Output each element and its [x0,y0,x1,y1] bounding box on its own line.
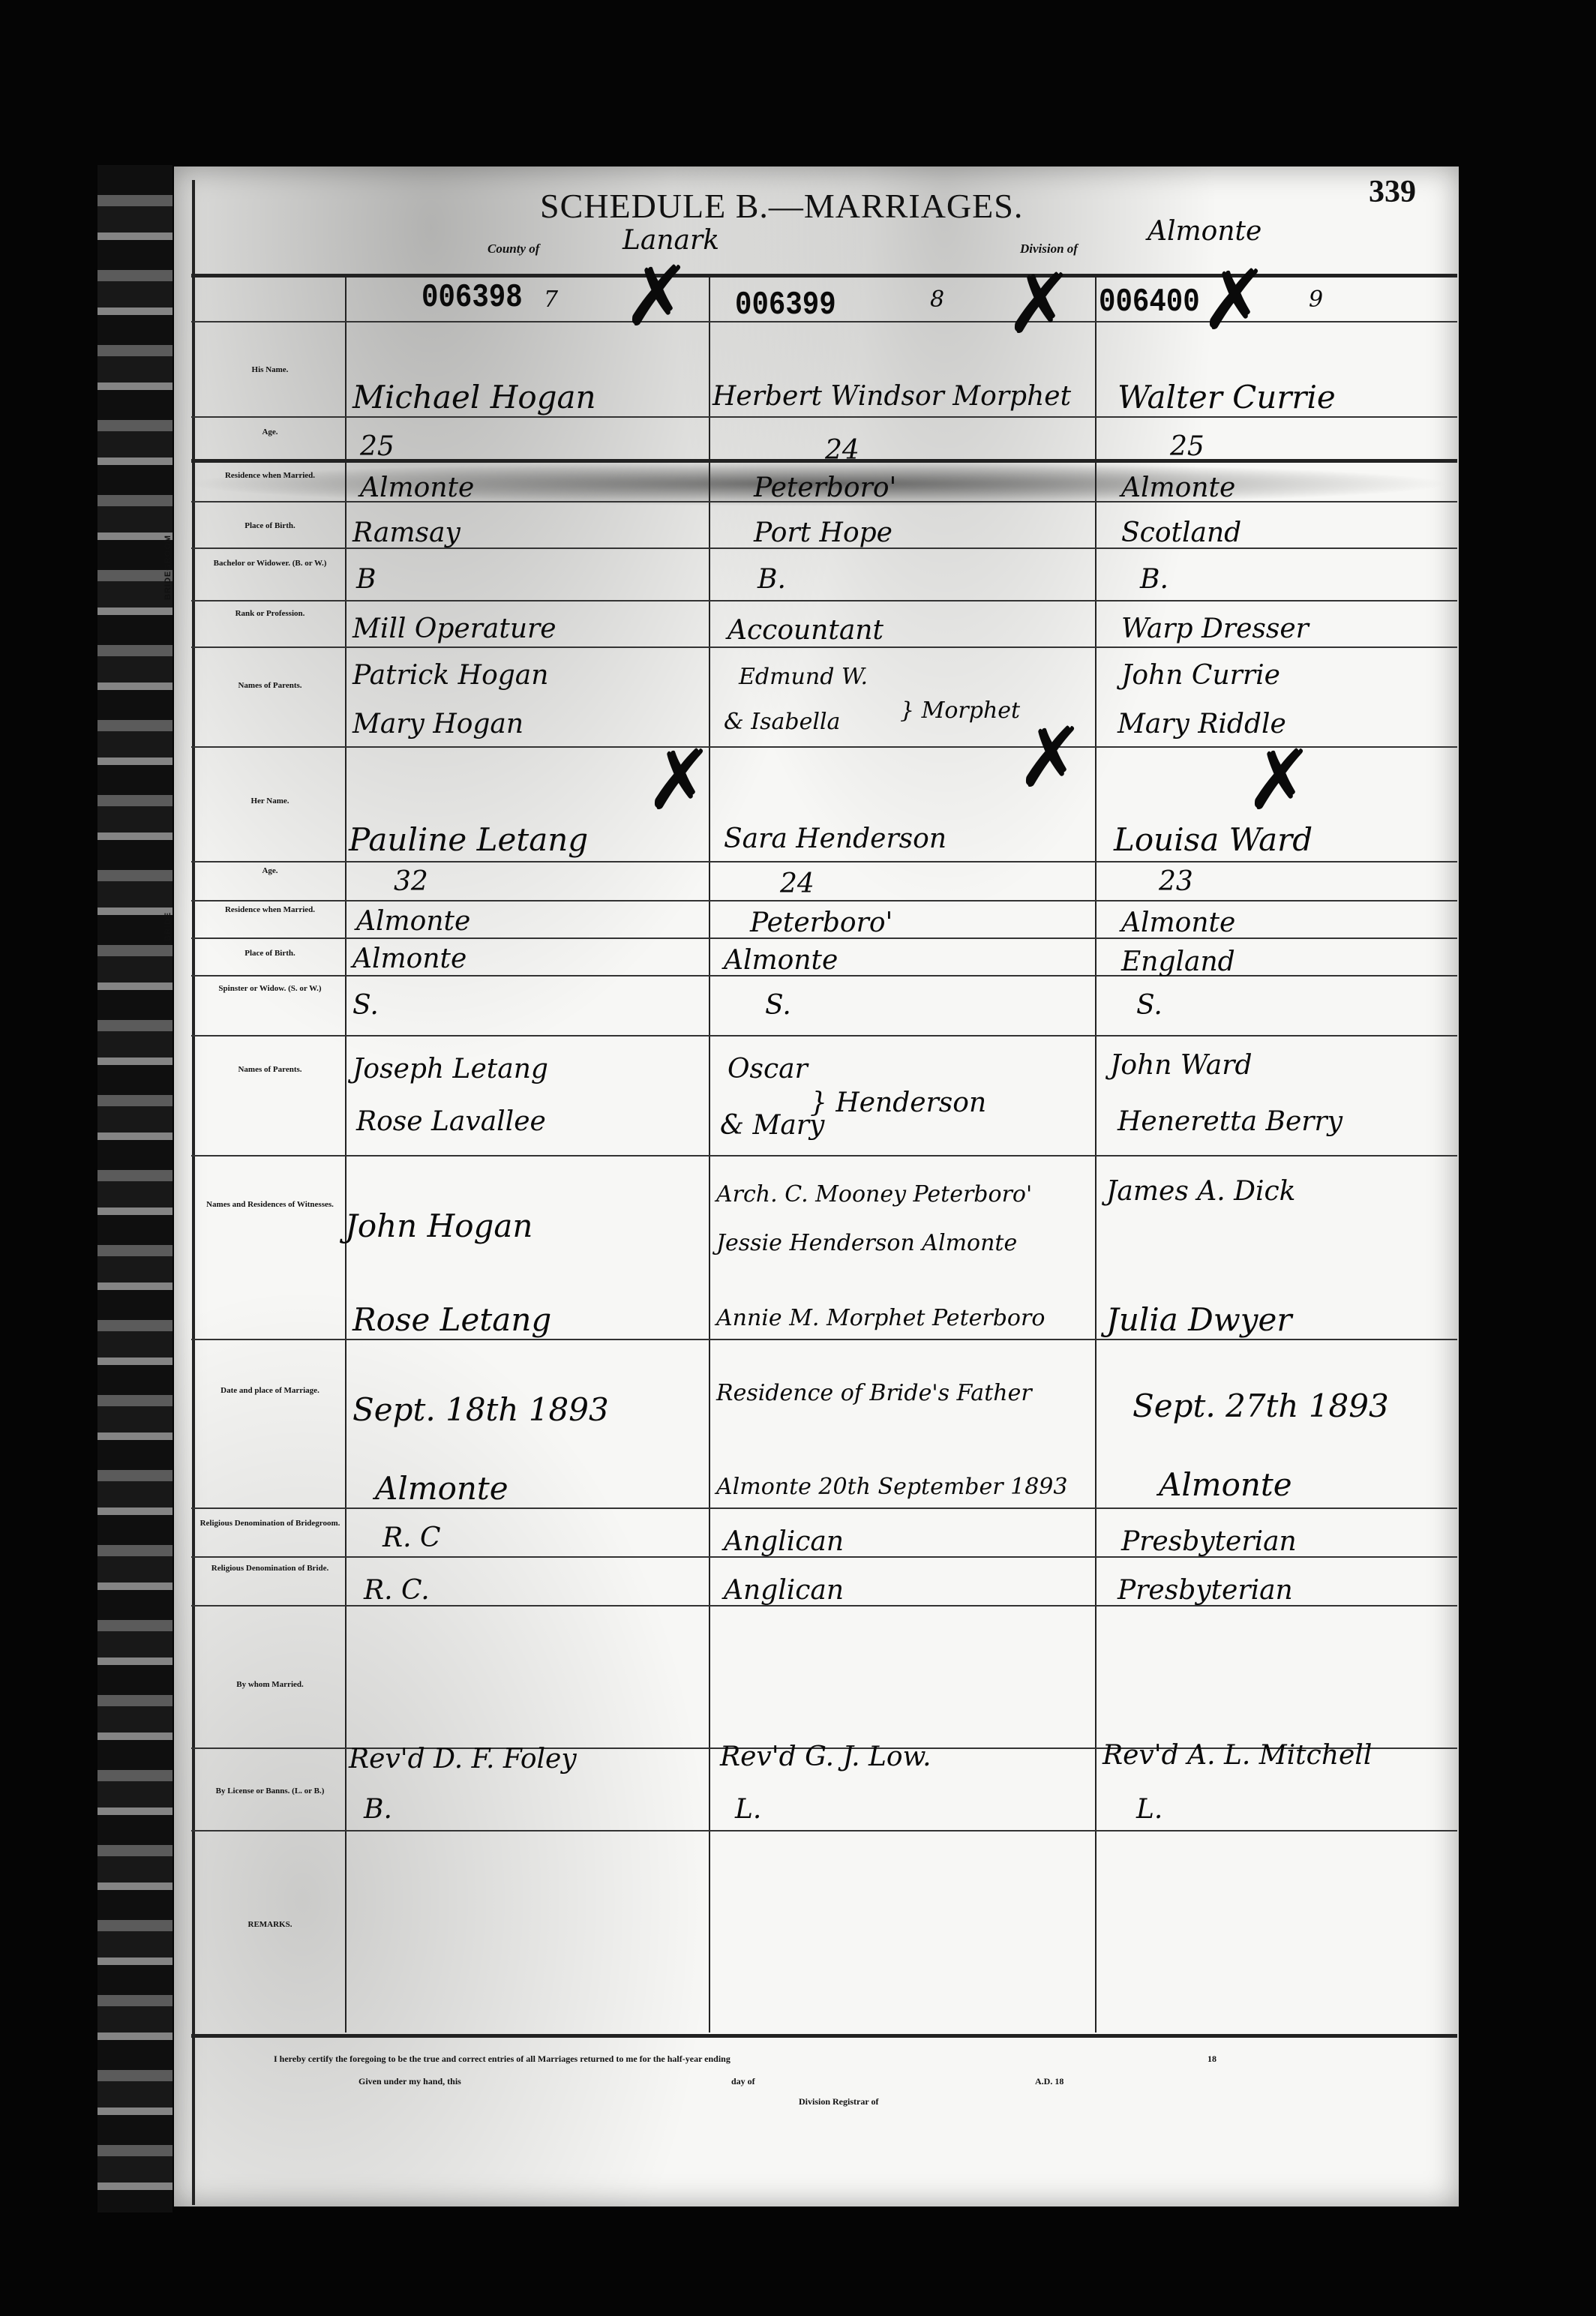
entry-number: 7 [544,286,558,313]
page-number: 339 [1369,174,1416,210]
groom-birthplace: Scotland [1121,517,1241,548]
bride-residence: Almonte [356,906,470,937]
row-rule [191,416,1457,418]
groom-status: B [356,564,376,595]
column-divider-2 [1095,274,1096,2032]
bride-birthplace: Almonte [352,943,466,974]
registration-number: 006400 [1099,283,1200,321]
left-border [192,180,195,2205]
bride-name: Sara Henderson [724,823,946,854]
check-x-mark: ✗ [645,739,714,821]
division-registrar: Division Registrar of [799,2096,878,2107]
check-x-mark: ✗ [1016,716,1085,799]
row-rule [191,861,1457,862]
bride-religion: R. C. [364,1575,430,1606]
label-bride-status: Spinster or Widow. (S. or W.) [196,984,343,993]
label-groom-status: Bachelor or Widower. (B. or W.) [196,559,343,568]
groom-father: John Currie [1121,660,1280,691]
label-his-name: His Name. [196,365,343,374]
check-x-mark: ✗ [1245,739,1314,821]
label-bride-parents: Names of Parents. [196,1065,343,1074]
license-or-banns: L. [1136,1794,1162,1825]
bride-birthplace: Almonte [724,945,838,976]
bride-father: John Ward [1110,1050,1252,1081]
label-bride-birthplace: Place of Birth. [196,949,343,958]
groom-residence: Almonte [360,472,474,503]
marriage-place-detail: Residence of Bride's Father [716,1380,1032,1406]
label-groom-religion: Religious Denomination of Bridegroom. [196,1519,343,1528]
label-groom-birthplace: Place of Birth. [196,521,343,530]
ad-year: A.D. 18 [1035,2076,1063,2087]
bride-father: Joseph Letang [352,1054,548,1084]
witness-3: Annie M. Morphet Peterboro [716,1305,1045,1331]
groom-mother: Mary Hogan [352,709,523,739]
bride-age: 24 [780,868,814,899]
marriage-place: Almonte [1159,1466,1292,1503]
label-by-whom: By whom Married. [196,1680,343,1689]
certification-text: I hereby certify the foregoing to be the… [274,2053,730,2065]
row-rule [191,1035,1457,1036]
marriage-date: Almonte 20th September 1893 [716,1474,1067,1500]
officiant: Rev'd G. J. Low. [720,1741,931,1772]
groom-profession: Accountant [727,615,883,646]
day-of: day of [731,2076,755,2087]
groom-religion: R. C [382,1522,441,1553]
row-rule [191,600,1457,601]
label-remarks: REMARKS. [196,1920,343,1929]
check-x-mark: ✗ [622,255,691,337]
marriage-date: Sept. 18th 1893 [352,1391,609,1428]
groom-birthplace: Ramsay [352,517,460,548]
groom-age: 24 [825,435,859,466]
label-bride-residence: Residence when Married. [196,905,343,914]
bride-residence: Peterboro' [750,907,892,938]
officiant: Rev'd D. F. Foley [349,1744,577,1774]
division-label: Division of [1020,241,1078,256]
witness-2: Rose Letang [352,1301,551,1338]
registration-number: 006399 [735,286,836,324]
groom-status: B. [1140,564,1168,595]
given-under-hand: Given under my hand, this [358,2076,461,2087]
label-bride-religion: Religious Denomination of Bride. [196,1564,343,1573]
bride-mother: Heneretta Berry [1117,1106,1342,1137]
row-rule [191,1339,1457,1340]
witness-1: Arch. C. Mooney Peterboro' [716,1181,1032,1207]
row-rule [191,1507,1457,1509]
row-rule [191,1155,1457,1156]
certification-year: 18 [1207,2053,1216,2065]
entry-number: 8 [930,286,944,313]
groom-parents-surname: } Morphet [900,697,1020,724]
bride-age: 23 [1159,866,1193,897]
column-divider-1 [709,274,710,2032]
page-title: SCHEDULE B.—MARRIAGES. [540,186,1023,226]
bride-age: 32 [394,866,428,897]
bride-religion: Presbyterian [1117,1575,1293,1606]
marriage-place: Almonte [375,1470,508,1507]
groom-profession: Warp Dresser [1121,613,1309,644]
marriage-date: Sept. 27th 1893 [1132,1387,1389,1424]
registration-number: 006398 [421,279,523,316]
side-label-bridegroom: BRIDEGROOM [163,535,172,600]
county-label: County of [487,241,539,256]
groom-profession: Mill Operature [352,613,556,644]
label-her-name: Her Name. [196,796,343,805]
label-witnesses: Names and Residences of Witnesses. [196,1200,343,1209]
groom-status: B. [757,564,786,595]
groom-residence: Peterboro' [754,472,896,503]
groom-name: Herbert Windsor Morphet [712,381,1071,412]
label-license-banns: By License or Banns. (L. or B.) [196,1786,343,1795]
groom-age: 25 [1170,431,1204,462]
officiant: Rev'd A. L. Mitchell [1102,1740,1372,1771]
witness-1: John Hogan [345,1207,532,1244]
bride-father: Oscar [727,1054,808,1084]
label-groom-parents: Names of Parents. [196,681,343,690]
entry-number: 9 [1309,286,1323,313]
groom-religion: Anglican [724,1526,844,1557]
side-label-bride: BRIDE [163,912,172,941]
license-or-banns: B. [364,1794,392,1825]
groom-residence: Almonte [1121,472,1235,503]
bride-residence: Almonte [1121,907,1235,938]
bride-mother: Rose Lavallee [356,1106,546,1137]
torn-page-edge [97,165,172,2212]
groom-age: 25 [360,431,394,462]
label-groom-residence: Residence when Married. [196,471,343,480]
division-value: Almonte [1147,216,1261,247]
witness-2: Julia Dwyer [1106,1301,1291,1338]
witness-2: Jessie Henderson Almonte [716,1230,1017,1256]
row-rule [191,1830,1457,1831]
bride-parents-surname: } Henderson [810,1087,986,1118]
groom-father: Edmund W. [739,664,868,690]
table-bottom-rule [191,2034,1457,2038]
witness-1: James A. Dick [1106,1176,1296,1207]
bride-religion: Anglican [724,1575,844,1606]
row-rule [191,900,1457,901]
label-groom-age: Age. [196,427,343,436]
groom-father: Patrick Hogan [352,660,548,691]
label-date-place: Date and place of Marriage. [196,1386,343,1395]
label-bride-age: Age. [196,866,343,875]
label-column-divider [345,274,346,2032]
license-or-banns: L. [735,1794,761,1825]
groom-mother: & Isabella [724,709,840,735]
groom-name: Michael Hogan [352,379,596,415]
groom-name: Walter Currie [1117,379,1336,415]
bride-status: S. [765,990,791,1021]
bride-status: S. [1136,990,1162,1021]
bride-birthplace: England [1121,946,1235,977]
bride-name: Louisa Ward [1114,821,1312,858]
label-groom-profession: Rank or Profession. [196,609,343,618]
groom-birthplace: Port Hope [754,517,892,548]
check-x-mark: ✗ [1005,262,1074,345]
bride-name: Pauline Letang [349,821,588,858]
bride-mother: & Mary [720,1110,824,1141]
groom-religion: Presbyterian [1121,1526,1297,1557]
bride-status: S. [352,990,379,1021]
row-rule [191,646,1457,648]
check-x-mark: ✗ [1200,259,1269,341]
